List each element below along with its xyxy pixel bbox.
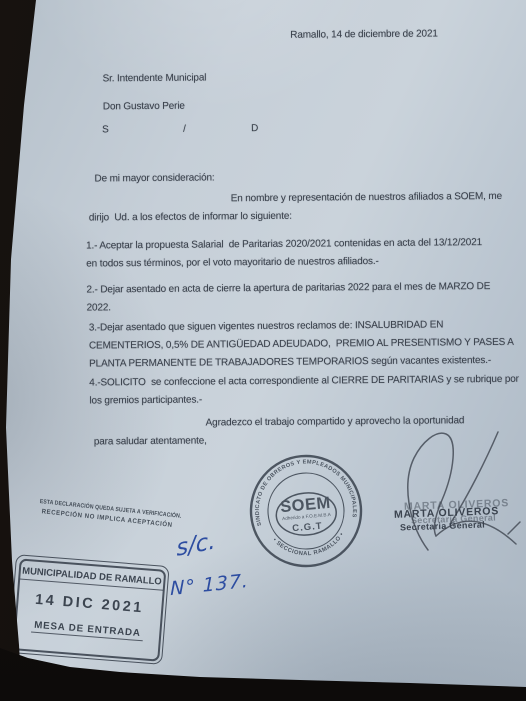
- recipient-title: Sr. Intendente Municipal: [103, 69, 207, 88]
- letter-date: Ramallo, 14 de diciembre de 2021: [290, 25, 438, 44]
- text-line: 2022.: [87, 296, 526, 318]
- document-photo: Ramallo, 14 de diciembre de 2021 Sr. Int…: [0, 0, 526, 701]
- text-line: 1.- Aceptar la propuesta Salarial de Par…: [86, 234, 526, 256]
- entry-stamp-date: 14 DIC 2021: [35, 591, 145, 615]
- entry-stamp-org: MUNICIPALIDAD DE RAMALLO: [19, 565, 163, 590]
- entry-stamp-office: MESA DE ENTRADA: [31, 619, 145, 641]
- point-4: 4.-SOLICITO se confeccione el acta corre…: [89, 371, 526, 411]
- salutation-s: S: [102, 121, 109, 139]
- union-stamp: SINDICATO DE OBREROS Y EMPLEADOS MUNICIP…: [247, 452, 365, 570]
- salutation-d: D: [251, 120, 258, 138]
- text-line: 2.- Dejar asentado en acta de cierre la …: [86, 278, 526, 300]
- text-line: En nombre y representación de nuestros a…: [89, 188, 526, 210]
- text-line: los gremios participantes.-: [89, 389, 526, 411]
- point-1: 1.- Aceptar la propuesta Salarial de Par…: [86, 234, 526, 274]
- recipient-name: Don Gustavo Perie: [103, 98, 185, 117]
- point-2: 2.- Dejar asentado en acta de cierre la …: [86, 278, 526, 318]
- salutation: S / D: [102, 120, 302, 122]
- entry-stamp-inner-border: MUNICIPALIDAD DE RAMALLO 14 DIC 2021 MES…: [12, 558, 166, 661]
- text-line: PLANTA PERMANENTE DE TRABAJADORES TEMPOR…: [89, 352, 526, 374]
- point-3: 3.-Dejar asentado que siguen vigentes nu…: [89, 316, 526, 374]
- text-line: en todos sus términos, por el voto mayor…: [86, 252, 526, 274]
- entry-stamp: MUNICIPALIDAD DE RAMALLO 14 DIC 2021 MES…: [8, 554, 169, 665]
- text-line: dirijo Ud. a los efectos de informar lo …: [89, 206, 526, 228]
- salutation-slash: /: [183, 121, 186, 139]
- greeting: De mi mayor consideración:: [94, 169, 214, 188]
- text-line: 4.-SOLICITO se confeccione el acta corre…: [89, 371, 526, 393]
- intro-paragraph: En nombre y representación de nuestros a…: [89, 188, 526, 228]
